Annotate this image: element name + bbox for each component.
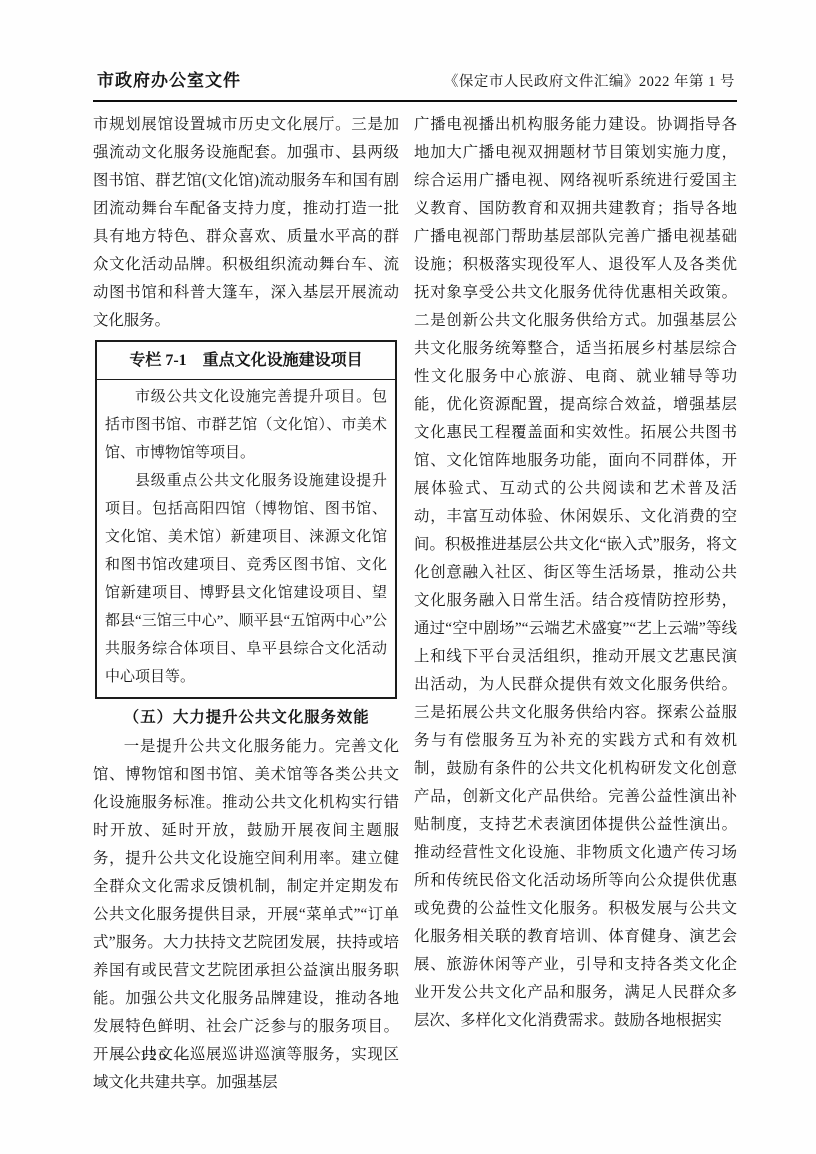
paragraph-right-column: 广播电视播出机构服务能力建设。协调指导各地加大广播电视双拥题材节目策划实施力度，… xyxy=(414,111,737,1035)
feature-box: 专栏 7-1 重点文化设施建设项目 市级公共文化设施完善提升项目。包括市图书馆、… xyxy=(95,340,397,699)
header-left-title: 市政府办公室文件 xyxy=(97,66,241,91)
feature-box-paragraph-county: 县级重点公共文化服务设施建设提升项目。包括高阳四馆（博物馆、图书馆、文化馆、美术… xyxy=(105,467,387,691)
left-column: 市规划展馆设置城市历史文化展厅。三是加强流动文化服务设施配套。加强市、县两级图书… xyxy=(93,111,399,1097)
header-row: 市政府办公室文件 《保定市人民政府文件汇编》2022 年第 1 号 xyxy=(93,66,737,100)
feature-box-title: 专栏 7-1 重点文化设施建设项目 xyxy=(97,342,395,380)
content-columns: 市规划展馆设置城市历史文化展厅。三是加强流动文化服务设施配套。加强市、县两级图书… xyxy=(93,111,737,1097)
feature-box-paragraph-city: 市级公共文化设施完善提升项目。包括市图书馆、市群艺馆（文化馆）、市美术馆、市博物… xyxy=(105,383,387,467)
paragraph-section-body: 一是提升公共文化服务能力。完善文化馆、博物馆和图书馆、美术馆等各类公共文化设施服… xyxy=(93,733,399,1097)
header-divider xyxy=(93,100,737,102)
paragraph-continuation: 市规划展馆设置城市历史文化展厅。三是加强流动文化服务设施配套。加强市、县两级图书… xyxy=(93,111,399,335)
feature-box-body: 市级公共文化设施完善提升项目。包括市图书馆、市群艺馆（文化馆）、市美术馆、市博物… xyxy=(97,380,395,697)
page-number: — 126 — xyxy=(117,1048,191,1065)
document-page: 市政府办公室文件 《保定市人民政府文件汇编》2022 年第 1 号 市规划展馆设… xyxy=(0,0,816,1154)
page-header: 市政府办公室文件 《保定市人民政府文件汇编》2022 年第 1 号 xyxy=(93,66,737,102)
header-right-title: 《保定市人民政府文件汇编》2022 年第 1 号 xyxy=(444,70,735,91)
section-heading: （五）大力提升公共文化服务效能 xyxy=(93,703,399,733)
right-column: 广播电视播出机构服务能力建设。协调指导各地加大广播电视双拥题材节目策划实施力度，… xyxy=(414,111,737,1097)
